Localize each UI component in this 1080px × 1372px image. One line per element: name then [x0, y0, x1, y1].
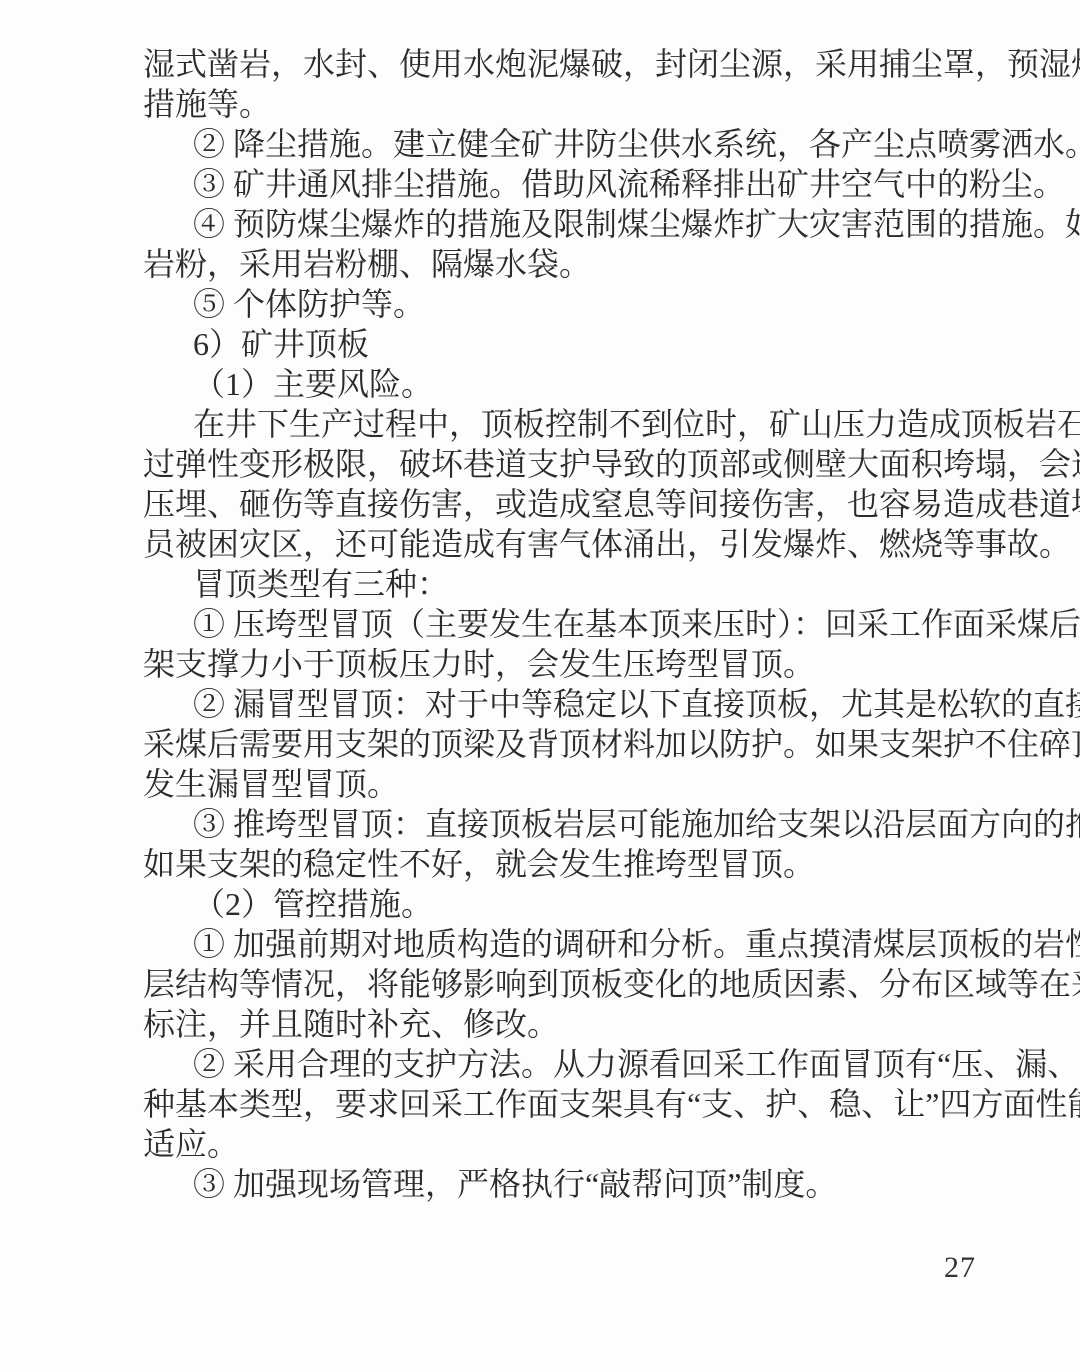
text-line: 采煤后需要用支架的顶梁及背顶材料加以防护。如果支架护不住碎顶，就会: [143, 724, 995, 764]
text-line: ③ 推垮型冒顶：直接顶板岩层可能施加给支架以沿层面方向的推力，: [143, 804, 995, 844]
text-line: 员被困灾区，还可能造成有害气体涌出，引发爆炸、燃烧等事故。: [143, 524, 995, 564]
text-line: ② 采用合理的支护方法。从力源看回采工作面冒顶有“压、漏、推”三: [143, 1044, 995, 1084]
text-line: 过弹性变形极限，破坏巷道支护导致的顶部或侧壁大面积垮塌，会造成人员: [143, 444, 995, 484]
text-line: 标注，并且随时补充、修改。: [143, 1004, 995, 1044]
text-line: 如果支架的稳定性不好，就会发生推垮型冒顶。: [143, 844, 995, 884]
text-line: ② 降尘措施。建立健全矿井防尘供水系统，各产尘点喷雾洒水。: [143, 124, 995, 164]
text-line: ② 漏冒型冒顶：对于中等稳定以下直接顶板，尤其是松软的直接顶板，: [143, 684, 995, 724]
text-line: 种基本类型，要求回采工作面支架具有“支、护、稳、让”四方面性能以相: [143, 1084, 995, 1124]
document-page: 湿式凿岩，水封、使用水炮泥爆破，封闭尘源，采用捕尘罩，预湿煤体减尘措施等。② 降…: [0, 0, 1080, 1372]
text-line: （2）管控措施。: [143, 884, 995, 924]
text-line: 压埋、砸伤等直接伤害，或造成窒息等间接伤害，也容易造成巷道堵塞使人: [143, 484, 995, 524]
text-line: 架支撑力小于顶板压力时，会发生压垮型冒顶。: [143, 644, 995, 684]
text-line: 适应。: [143, 1124, 995, 1164]
text-line: ③ 矿井通风排尘措施。借助风流稀释排出矿井空气中的粉尘。: [143, 164, 995, 204]
text-line: 6）矿井顶板: [143, 324, 995, 364]
text-line: 发生漏冒型冒顶。: [143, 764, 995, 804]
text-line: ③ 加强现场管理，严格执行“敲帮问顶”制度。: [143, 1164, 995, 1204]
text-line: ① 压垮型冒顶（主要发生在基本顶来压时）：回采工作面采煤后，当支: [143, 604, 995, 644]
text-line: ④ 预防煤尘爆炸的措施及限制煤尘爆炸扩大灾害范围的措施。如撒布: [143, 204, 995, 244]
text-line: 湿式凿岩，水封、使用水炮泥爆破，封闭尘源，采用捕尘罩，预湿煤体减尘: [143, 44, 995, 84]
text-line: ① 加强前期对地质构造的调研和分析。重点摸清煤层顶板的岩性、煤: [143, 924, 995, 964]
text-line: 层结构等情况，将能够影响到顶板变化的地质因素、分布区域等在采掘图上: [143, 964, 995, 1004]
text-line: 在井下生产过程中，顶板控制不到位时，矿山压力造成顶板岩石变形超: [143, 404, 995, 444]
text-line: 措施等。: [143, 84, 995, 124]
text-line: 岩粉，采用岩粉棚、隔爆水袋。: [143, 244, 995, 284]
text-line: ⑤ 个体防护等。: [143, 284, 995, 324]
page-number: 27: [944, 1251, 976, 1285]
text-line: 冒顶类型有三种：: [143, 564, 995, 604]
body-text: 湿式凿岩，水封、使用水炮泥爆破，封闭尘源，采用捕尘罩，预湿煤体减尘措施等。② 降…: [143, 44, 995, 1204]
text-line: （1）主要风险。: [143, 364, 995, 404]
